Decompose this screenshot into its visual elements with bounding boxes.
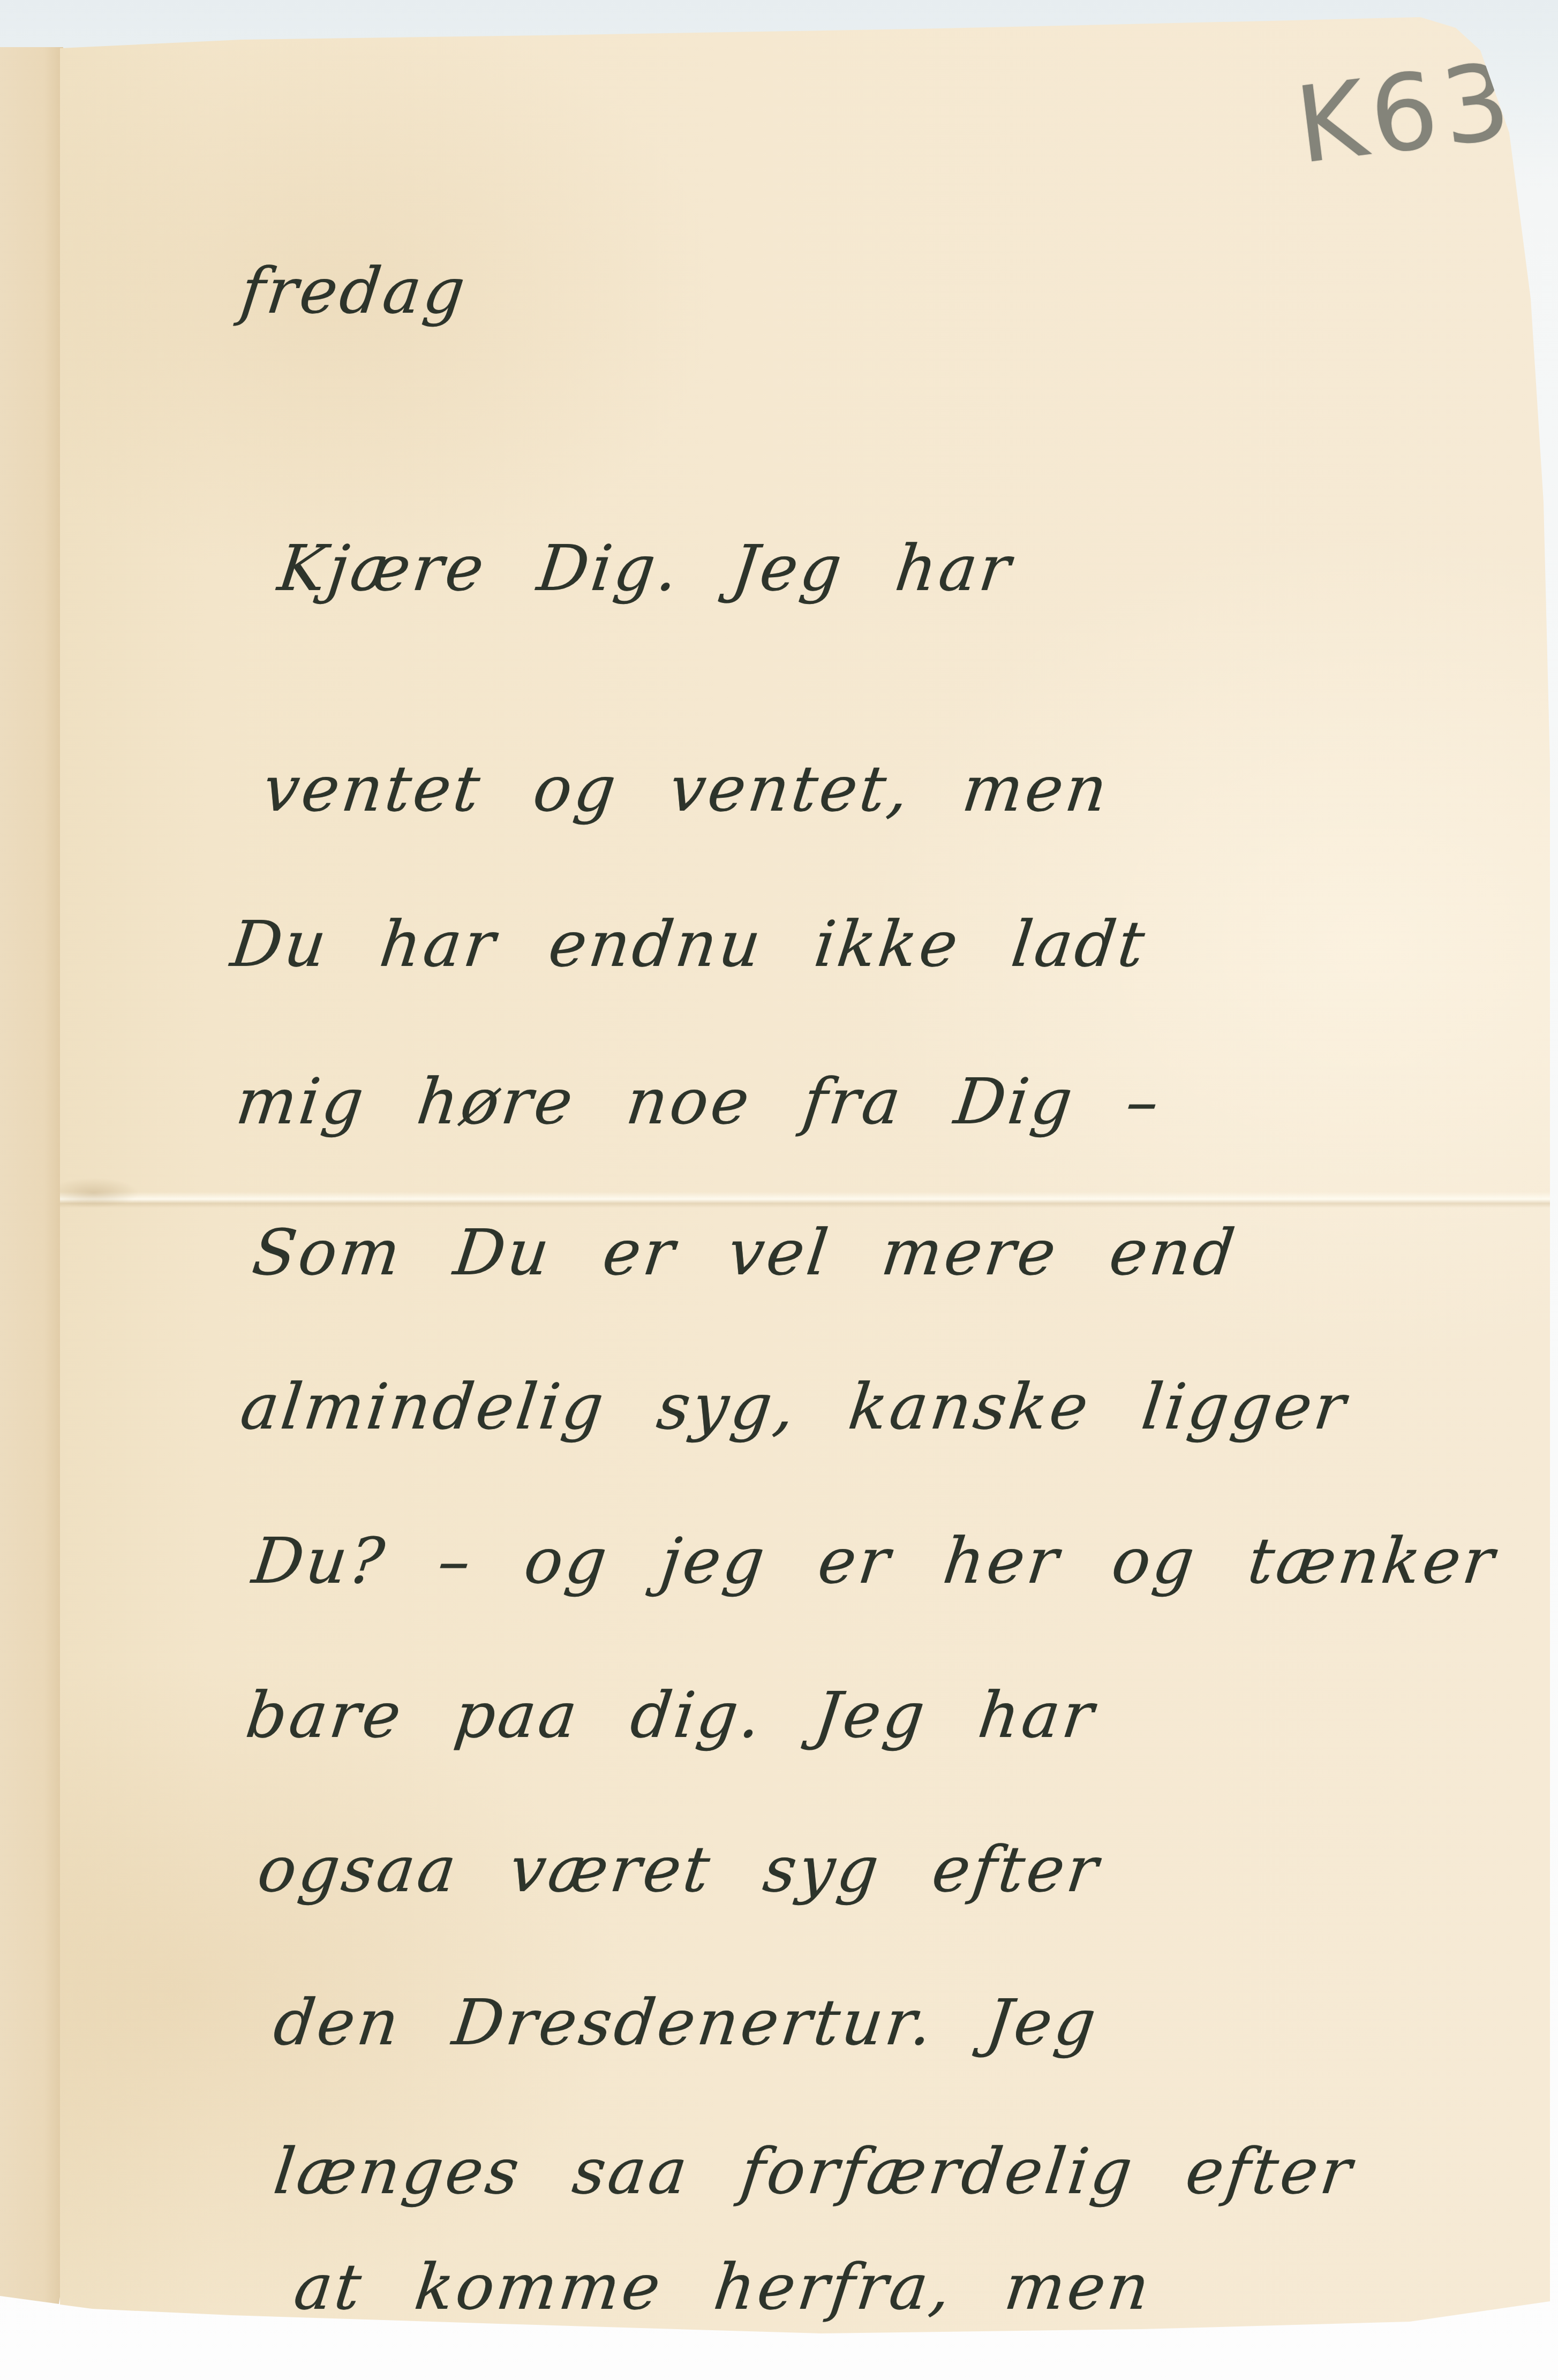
catalog-mark-pencil: K635 [1291,40,1558,179]
letter-page: K635 fredag Kjære Dig. Jeg har ventet og… [60,15,1550,2341]
handwritten-line: Du har endnu ikke ladt [227,908,1151,981]
handwritten-line: længes saa forfærdelig efter [270,2135,1358,2208]
handwritten-line-dateline: fredag [237,255,471,328]
handwritten-line: at komme herfra, men [290,2251,1156,2324]
handwritten-line: almindelig syg, kanske ligger [237,1371,1352,1444]
handwritten-line: mig høre noe fra Dig – [232,1066,1165,1138]
handwritten-line: Som Du er vel mere end [249,1217,1241,1289]
handwritten-line: Du? – og jeg er her og tænker [249,1525,1501,1598]
handwritten-line: ogsaa været syg efter [254,1833,1104,1906]
letter-scan: K635 fredag Kjære Dig. Jeg har ventet og… [0,0,1558,2380]
handwritten-line: bare paa dig. Jeg har [242,1679,1100,1752]
handwritten-line: den Dresdenertur. Jeg [270,1986,1102,2059]
fold-crease [60,1192,1550,1208]
handwritten-line-greeting: Kjære Dig. Jeg har [274,532,1017,605]
fold-crease-shadow [60,1172,172,1214]
handwritten-line: ventet og ventet, men [259,753,1113,826]
